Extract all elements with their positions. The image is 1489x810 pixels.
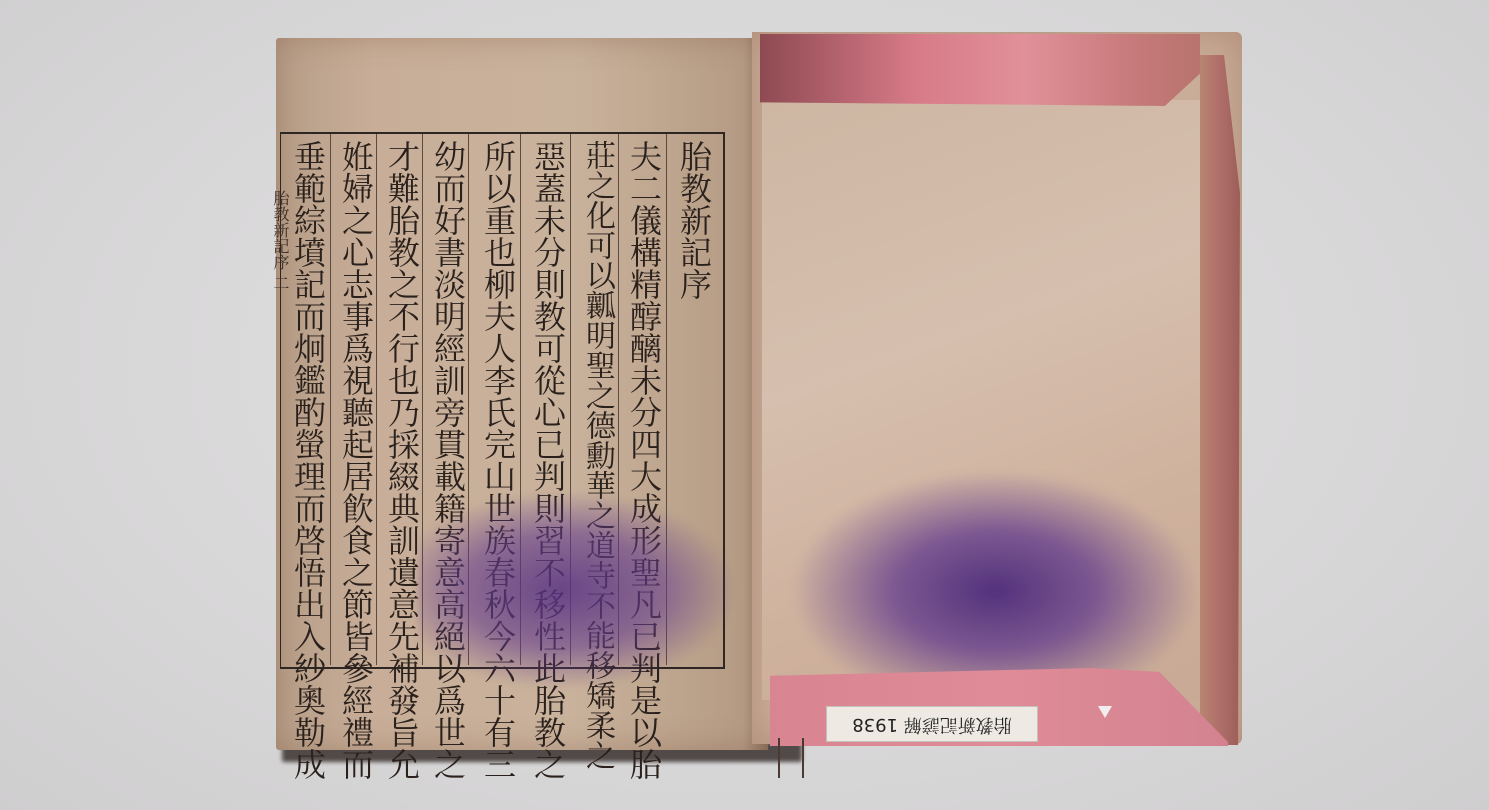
text-column: 垂範綜墳記而炯鑑酌螢理而啓悟出入紗奧勒成 [290, 140, 330, 780]
binding-thread [778, 738, 804, 778]
text-column: 姙婦之心志事爲視聽起居飮食之節皆參經禮而 [334, 140, 378, 780]
title-label-text: 胎教新記諺解 1938 [827, 707, 1037, 741]
column-rule [330, 134, 331, 665]
text-column-title: 胎教新記序 [672, 140, 716, 300]
pink-cover-flap-top [760, 34, 1200, 106]
cover-edge [1200, 55, 1240, 745]
title-label: 胎教新記諺解 1938 [826, 706, 1038, 742]
purple-ink-stain-left [418, 490, 738, 690]
purple-ink-stain-right [790, 470, 1200, 690]
